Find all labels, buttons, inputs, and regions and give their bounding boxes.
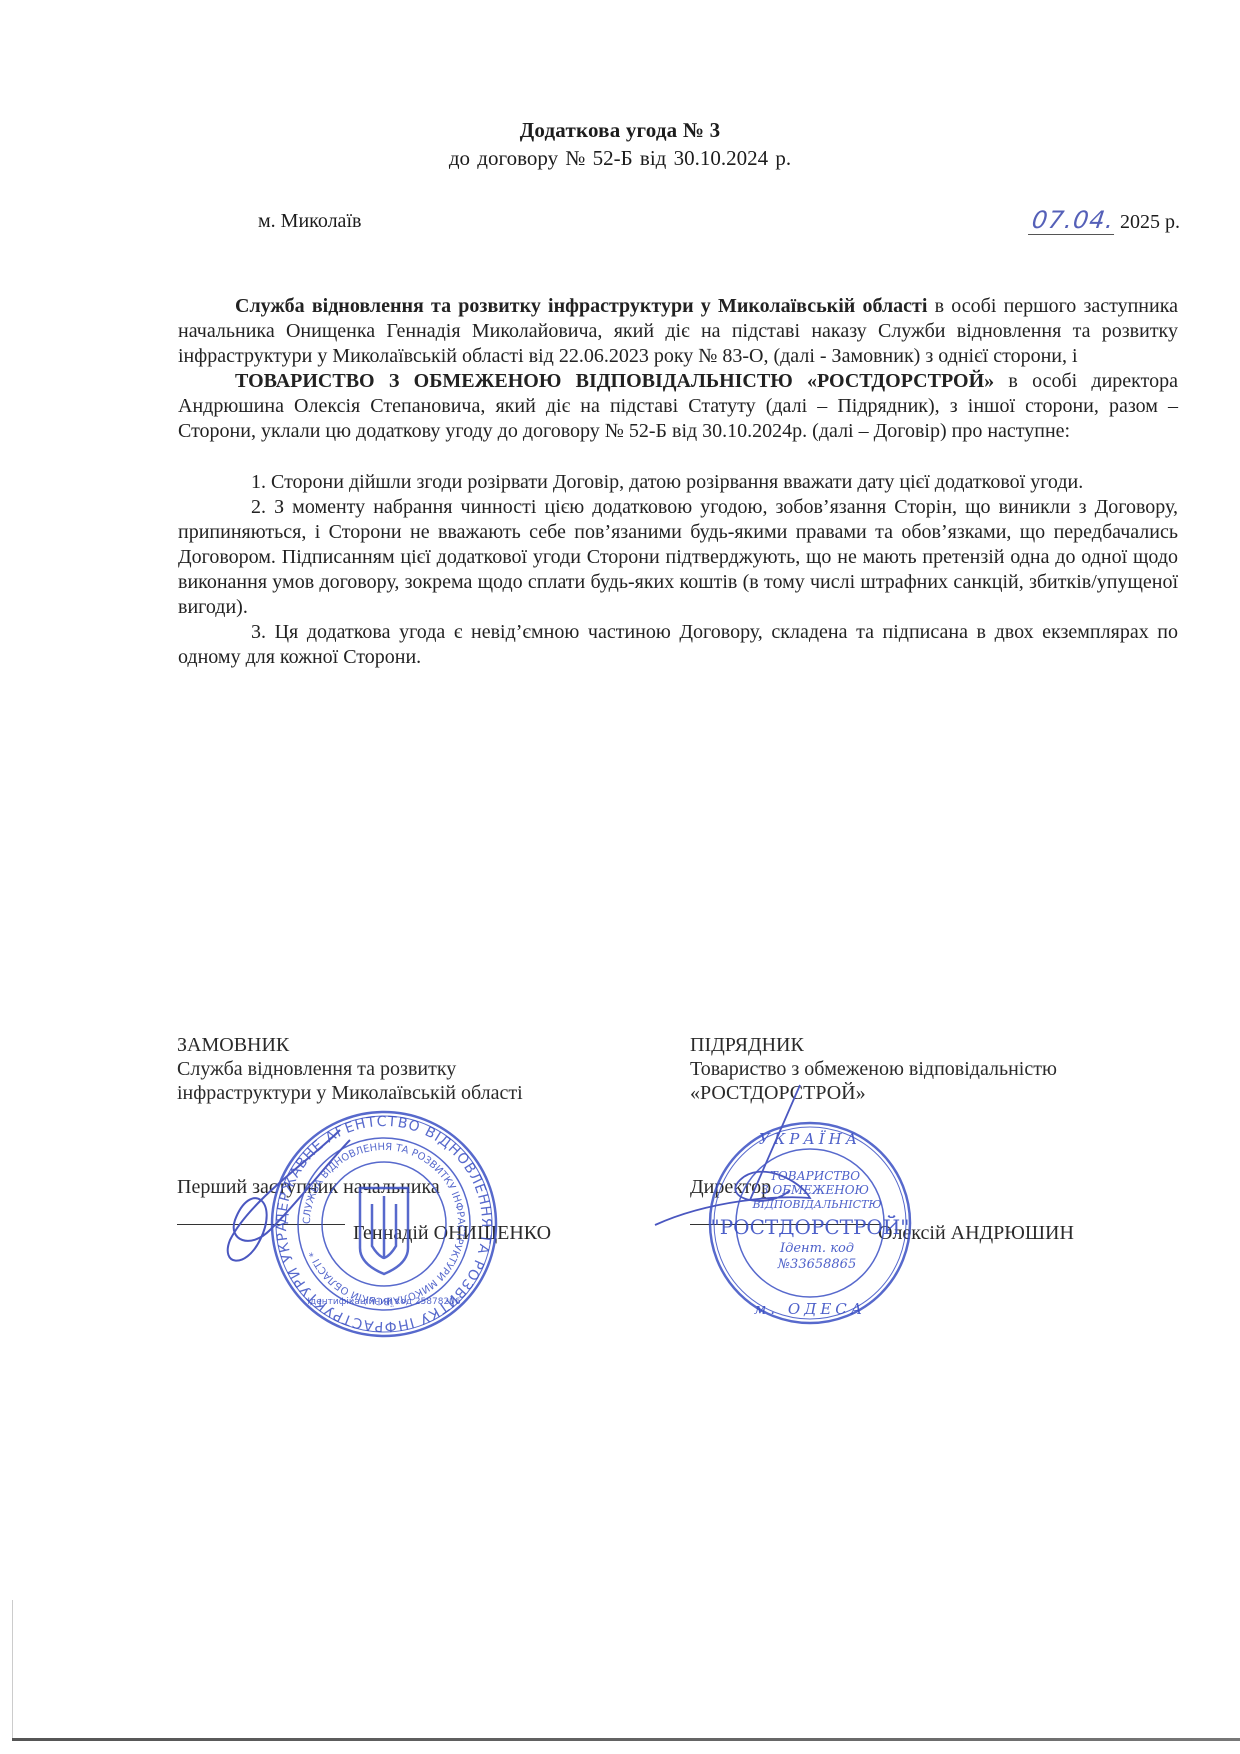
contractor-signature-line	[690, 1224, 880, 1225]
spacer	[178, 444, 1178, 470]
clause-2: 2. З моменту набрання чинності цією дода…	[178, 495, 1178, 620]
clause-3: 3. Ця додаткова угода є невід’ємною част…	[178, 620, 1178, 670]
document-title: Додаткова угода № 3	[0, 118, 1240, 143]
party-2-name: ТОВАРИСТВО З ОБМЕЖЕНОЮ ВІДПОВІДАЛЬНІСТЮ …	[235, 370, 994, 392]
document-page: Додаткова угода № 3 до договору № 52-Б в…	[0, 0, 1240, 1754]
customer-signatory-name: Геннадій ОНИЩЕНКО	[353, 1221, 551, 1245]
customer-org-line-2: інфраструктури у Миколаївській області	[177, 1081, 617, 1105]
preamble-party-1: Служба відновлення та розвитку інфрастру…	[178, 294, 1178, 369]
customer-role: Перший заступник начальника	[177, 1175, 440, 1199]
svg-text:Ідентифікаційний код 25878206: Ідентифікаційний код 25878206	[307, 1297, 461, 1307]
customer-org-line-1: Служба відновлення та розвитку	[177, 1057, 617, 1081]
contractor-org-line-1: Товариство з обмеженою відповідальністю	[690, 1057, 1190, 1081]
contractor-heading: ПІДРЯДНИК	[690, 1033, 1190, 1057]
svg-text:ТОВАРИСТВО: ТОВАРИСТВО	[770, 1169, 860, 1183]
contractor-role: Директор	[690, 1175, 771, 1199]
scan-edge	[12, 1600, 13, 1740]
svg-text:ВІДПОВІДАЛЬНІСТЮ: ВІДПОВІДАЛЬНІСТЮ	[751, 1198, 881, 1211]
preamble-party-2: ТОВАРИСТВО З ОБМЕЖЕНОЮ ВІДПОВІДАЛЬНІСТЮ …	[178, 369, 1178, 444]
svg-text:З ОБМЕЖЕНОЮ: З ОБМЕЖЕНОЮ	[761, 1183, 869, 1197]
agreement-body: Служба відновлення та розвитку інфрастру…	[178, 294, 1178, 670]
customer-signature-block: ЗАМОВНИК Служба відновлення та розвитку …	[177, 1033, 617, 1105]
date-year: 2025 р.	[1120, 211, 1180, 234]
customer-heading: ЗАМОВНИК	[177, 1033, 617, 1057]
document-subtitle: до договору № 52-Б від 30.10.2024 р.	[0, 146, 1240, 171]
svg-text:Ідент. код: Ідент. код	[779, 1241, 854, 1256]
customer-signature-line	[177, 1224, 345, 1225]
handwritten-date: 07.04.	[1028, 206, 1118, 235]
contractor-org-line-2: «РОСТДОРСТРОЙ»	[690, 1081, 1190, 1105]
customer-signature-scribble-icon	[190, 1120, 390, 1280]
contractor-signature-block: ПІДРЯДНИК Товариство з обмеженою відпові…	[690, 1033, 1190, 1105]
document-date: 07.04. 2025 р.	[1030, 206, 1180, 235]
party-1-name: Служба відновлення та розвитку інфрастру…	[235, 295, 927, 317]
clause-1: 1. Сторони дійшли згоди розірвати Догові…	[178, 470, 1178, 495]
city: м. Миколаїв	[258, 210, 361, 233]
contractor-signatory-name: Олексій АНДРЮШИН	[878, 1221, 1074, 1245]
svg-text:№33658865: №33658865	[777, 1257, 856, 1272]
svg-text:УКРАЇНА: УКРАЇНА	[759, 1130, 861, 1148]
scan-bottom-edge	[12, 1738, 1240, 1741]
svg-text:м. ОДЕСА: м. ОДЕСА	[754, 1300, 866, 1318]
